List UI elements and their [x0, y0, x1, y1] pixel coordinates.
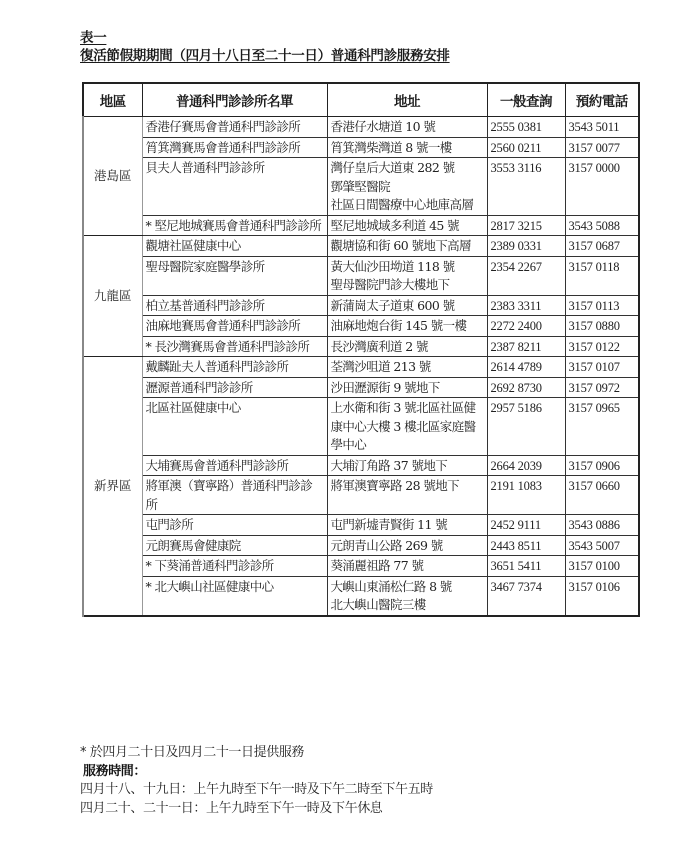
enquiry-phone-cell: 2354 2267	[487, 256, 565, 295]
table-row: 北區社區健康中心上水衛和街 3 號北區社區健康中心大樓 3 樓北區家庭醫學中心2…	[83, 398, 639, 456]
region-cell: 新界區	[83, 357, 142, 616]
enquiry-phone-cell: 3467 7374	[487, 576, 565, 616]
page-title: 復活節假期期間（四月十八日至二十一日）普通科門診服務安排	[80, 47, 450, 65]
enquiry-phone-cell: 2555 0381	[487, 117, 565, 138]
enquiry-phone-cell: 2443 8511	[487, 535, 565, 556]
address-cell: 觀塘協和街 60 號地下高層	[327, 236, 487, 257]
booking-phone-cell: 3157 0113	[565, 295, 639, 316]
header-enquiry: 一般查詢	[487, 83, 565, 117]
table-row: 聖母醫院家庭醫學診所黃大仙沙田坳道 118 號 聖母醫院門診大樓地下2354 2…	[83, 256, 639, 295]
enquiry-phone-cell: 2191 1083	[487, 476, 565, 515]
address-cell: 灣仔皇后大道東 282 號 鄧肇堅醫院 社區日間醫療中心地庫高層	[327, 158, 487, 216]
table-row: 新界區戴麟趾夫人普通科門診診所荃灣沙咀道 213 號2614 47893157 …	[83, 357, 639, 378]
clinic-name-cell: 大埔賽馬會普通科門診診所	[142, 455, 327, 476]
booking-phone-cell: 3157 0972	[565, 377, 639, 398]
enquiry-phone-cell: 2692 8730	[487, 377, 565, 398]
booking-phone-cell: 3543 5088	[565, 215, 639, 236]
address-cell: 大嶼山東涌松仁路 8 號 北大嶼山醫院三樓	[327, 576, 487, 616]
address-cell: 油麻地炮台街 145 號一樓	[327, 316, 487, 337]
address-cell: 新蒲崗太子道東 600 號	[327, 295, 487, 316]
booking-phone-cell: 3157 0077	[565, 137, 639, 158]
table-row: 港島區香港仔賽馬會普通科門診診所香港仔水塘道 10 號2555 03813543…	[83, 117, 639, 138]
enquiry-phone-cell: 3651 5411	[487, 556, 565, 577]
enquiry-phone-cell: 2383 3311	[487, 295, 565, 316]
address-cell: 屯門新墟青賢街 11 號	[327, 515, 487, 536]
clinic-name-cell: * 下葵涌普通科門診診所	[142, 556, 327, 577]
booking-phone-cell: 3543 5007	[565, 535, 639, 556]
table-row: 油麻地賽馬會普通科門診診所油麻地炮台街 145 號一樓2272 24003157…	[83, 316, 639, 337]
booking-phone-cell: 3157 0100	[565, 556, 639, 577]
header-clinic: 普通科門診診所名單	[142, 83, 327, 117]
booking-phone-cell: 3543 0886	[565, 515, 639, 536]
booking-phone-cell: 3157 0880	[565, 316, 639, 337]
notes-section: * 於四月二十日及四月二十一日提供服務 服務時間： 四月十八、十九日：上午九時至…	[80, 744, 433, 818]
table-row: 瀝源普通科門診診所沙田瀝源街 9 號地下2692 87303157 0972	[83, 377, 639, 398]
service-hours-line: 四月二十、二十一日：上午九時至下午一時及下午休息	[80, 800, 433, 819]
booking-phone-cell: 3157 0965	[565, 398, 639, 456]
clinic-name-cell: 屯門診所	[142, 515, 327, 536]
booking-phone-cell: 3157 0660	[565, 476, 639, 515]
table-row: 大埔賽馬會普通科門診診所大埔汀角路 37 號地下2664 20393157 09…	[83, 455, 639, 476]
booking-phone-cell: 3157 0107	[565, 357, 639, 378]
enquiry-phone-cell: 2272 2400	[487, 316, 565, 337]
document-heading: 表一 復活節假期期間（四月十八日至二十一日）普通科門診服務安排	[80, 29, 450, 65]
table-row: * 堅尼地城賽馬會普通科門診診所堅尼地城域多利道 45 號2817 321535…	[83, 215, 639, 236]
table-row: * 長沙灣賽馬會普通科門診診所長沙灣廣利道 2 號2387 82113157 0…	[83, 336, 639, 357]
clinic-name-cell: 北區社區健康中心	[142, 398, 327, 456]
clinic-table: 地區 普通科門診診所名單 地址 一般查詢 預約電話 港島區香港仔賽馬會普通科門診…	[82, 82, 640, 617]
table-row: 將軍澳（寶寧路）普通科門診診所將軍澳寶寧路 28 號地下2191 1083315…	[83, 476, 639, 515]
table-row: 筲箕灣賽馬會普通科門診診所筲箕灣柴灣道 8 號一樓2560 02113157 0…	[83, 137, 639, 158]
booking-phone-cell: 3157 0118	[565, 256, 639, 295]
service-hours-line: 四月十八、十九日：上午九時至下午一時及下午二時至下午五時	[80, 781, 433, 800]
address-cell: 長沙灣廣利道 2 號	[327, 336, 487, 357]
clinic-name-cell: 將軍澳（寶寧路）普通科門診診所	[142, 476, 327, 515]
enquiry-phone-cell: 2389 0331	[487, 236, 565, 257]
table-row: * 下葵涌普通科門診診所葵涌麗祖路 77 號3651 54113157 0100	[83, 556, 639, 577]
clinic-name-cell: 戴麟趾夫人普通科門診診所	[142, 357, 327, 378]
address-cell: 沙田瀝源街 9 號地下	[327, 377, 487, 398]
header-booking: 預約電話	[565, 83, 639, 117]
clinic-name-cell: 油麻地賽馬會普通科門診診所	[142, 316, 327, 337]
booking-phone-cell: 3157 0122	[565, 336, 639, 357]
table-row: 柏立基普通科門診診所新蒲崗太子道東 600 號2383 33113157 011…	[83, 295, 639, 316]
region-cell: 九龍區	[83, 236, 142, 357]
address-cell: 上水衛和街 3 號北區社區健康中心大樓 3 樓北區家庭醫學中心	[327, 398, 487, 456]
clinic-name-cell: 柏立基普通科門診診所	[142, 295, 327, 316]
clinic-name-cell: 元朗賽馬會健康院	[142, 535, 327, 556]
address-cell: 大埔汀角路 37 號地下	[327, 455, 487, 476]
clinic-name-cell: * 堅尼地城賽馬會普通科門診診所	[142, 215, 327, 236]
enquiry-phone-cell: 2664 2039	[487, 455, 565, 476]
clinic-name-cell: 瀝源普通科門診診所	[142, 377, 327, 398]
table-row: 貝夫人普通科門診診所灣仔皇后大道東 282 號 鄧肇堅醫院 社區日間醫療中心地庫…	[83, 158, 639, 216]
clinic-name-cell: * 北大嶼山社區健康中心	[142, 576, 327, 616]
address-cell: 筲箕灣柴灣道 8 號一樓	[327, 137, 487, 158]
booking-phone-cell: 3157 0906	[565, 455, 639, 476]
enquiry-phone-cell: 2957 5186	[487, 398, 565, 456]
address-cell: 堅尼地城域多利道 45 號	[327, 215, 487, 236]
table-row: * 北大嶼山社區健康中心大嶼山東涌松仁路 8 號 北大嶼山醫院三樓3467 73…	[83, 576, 639, 616]
enquiry-phone-cell: 2614 4789	[487, 357, 565, 378]
clinic-name-cell: 觀塘社區健康中心	[142, 236, 327, 257]
address-cell: 元朗青山公路 269 號	[327, 535, 487, 556]
clinic-name-cell: 香港仔賽馬會普通科門診診所	[142, 117, 327, 138]
service-hours-title: 服務時間：	[83, 763, 433, 782]
enquiry-phone-cell: 2387 8211	[487, 336, 565, 357]
clinic-name-cell: * 長沙灣賽馬會普通科門診診所	[142, 336, 327, 357]
booking-phone-cell: 3543 5011	[565, 117, 639, 138]
table-label: 表一	[80, 29, 450, 47]
enquiry-phone-cell: 2452 9111	[487, 515, 565, 536]
booking-phone-cell: 3157 0687	[565, 236, 639, 257]
address-cell: 香港仔水塘道 10 號	[327, 117, 487, 138]
table-header-row: 地區 普通科門診診所名單 地址 一般查詢 預約電話	[83, 83, 639, 117]
enquiry-phone-cell: 2817 3215	[487, 215, 565, 236]
header-region: 地區	[83, 83, 142, 117]
booking-phone-cell: 3157 0000	[565, 158, 639, 216]
table-row: 九龍區觀塘社區健康中心觀塘協和街 60 號地下高層2389 03313157 0…	[83, 236, 639, 257]
address-cell: 葵涌麗祖路 77 號	[327, 556, 487, 577]
clinic-name-cell: 貝夫人普通科門診診所	[142, 158, 327, 216]
clinic-name-cell: 筲箕灣賽馬會普通科門診診所	[142, 137, 327, 158]
address-cell: 黃大仙沙田坳道 118 號 聖母醫院門診大樓地下	[327, 256, 487, 295]
booking-phone-cell: 3157 0106	[565, 576, 639, 616]
clinic-table-body: 港島區香港仔賽馬會普通科門診診所香港仔水塘道 10 號2555 03813543…	[83, 117, 639, 616]
footnote: * 於四月二十日及四月二十一日提供服務	[80, 744, 433, 763]
enquiry-phone-cell: 2560 0211	[487, 137, 565, 158]
address-cell: 將軍澳寶寧路 28 號地下	[327, 476, 487, 515]
region-cell: 港島區	[83, 117, 142, 236]
address-cell: 荃灣沙咀道 213 號	[327, 357, 487, 378]
table-row: 元朗賽馬會健康院元朗青山公路 269 號2443 85113543 5007	[83, 535, 639, 556]
table-row: 屯門診所屯門新墟青賢街 11 號2452 91113543 0886	[83, 515, 639, 536]
header-address: 地址	[327, 83, 487, 117]
enquiry-phone-cell: 3553 3116	[487, 158, 565, 216]
clinic-name-cell: 聖母醫院家庭醫學診所	[142, 256, 327, 295]
